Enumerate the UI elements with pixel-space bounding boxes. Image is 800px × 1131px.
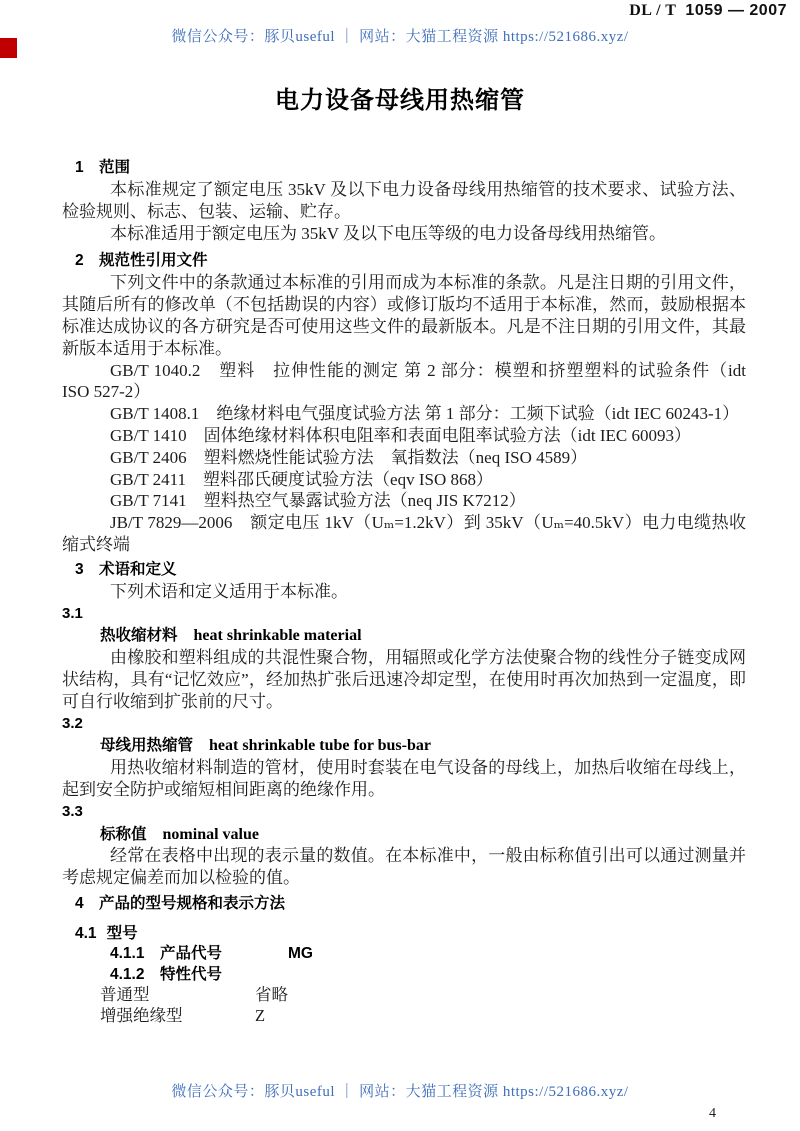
model-row-label: 增强绝缘型	[100, 1006, 255, 1027]
term-clause-number: 3.1	[62, 603, 746, 625]
reference-item: GB/T 1410 固体绝缘材料体积电阻率和表面电阻率试验方法（idt IEC …	[62, 425, 746, 447]
subsection-title: 型号	[107, 925, 138, 942]
term-english: heat shrinkable tube for bus-bar	[209, 737, 431, 754]
section-number: 4	[75, 893, 89, 915]
section-number: 1	[75, 157, 89, 179]
term-english: nominal value	[163, 826, 259, 843]
standard-code-number: 1059 — 2007	[685, 2, 787, 19]
term-definition: 由橡胶和塑料组成的共混性聚合物，用辐照或化学方法使聚合物的线性分子链变成网状结构…	[62, 647, 746, 712]
term-entry-title: 热收缩材料heat shrinkable material	[62, 624, 746, 647]
term-entry-title: 母线用热缩管heat shrinkable tube for bus-bar	[62, 734, 746, 757]
term-clause-number: 3.3	[62, 801, 746, 823]
reference-item: JB/T 7829—2006 额定电压 1kV（Uₘ=1.2kV）到 35kV（…	[62, 512, 746, 556]
reference-item: GB/T 1408.1 绝缘材料电气强度试验方法 第 1 部分：工频下试验（id…	[62, 403, 746, 425]
section-title: 规范性引用文件	[99, 252, 208, 269]
model-row-label: 普通型	[100, 985, 255, 1006]
section-title: 产品的型号规格和表示方法	[99, 895, 285, 912]
reference-item: GB/T 1040.2 塑料 拉伸性能的测定 第 2 部分：模塑和挤塑塑料的试验…	[62, 360, 746, 404]
subsection-number: 4.1	[75, 925, 97, 942]
watermark-top: 微信公众号：豚贝useful ｜ 网站：大猫工程资源 https://52168…	[0, 25, 800, 46]
document-body: 1范围 本标准规定了额定电压 35kV 及以下电力设备母线用热缩管的技术要求、试…	[62, 148, 746, 1026]
page-number: 4	[709, 1106, 716, 1122]
term-entry-title: 标称值nominal value	[62, 823, 746, 846]
reference-item: GB/T 2406 塑料燃烧性能试验方法 氧指数法（neq ISO 4589）	[62, 447, 746, 469]
model-row-reinforced-type: 增强绝缘型Z	[62, 1006, 746, 1027]
model-row-label: 4.1.1 产品代号	[110, 944, 288, 965]
term-clause-number: 3.2	[62, 713, 746, 735]
standard-code: DL / T 1059 — 2007	[629, 2, 787, 20]
term-english: heat shrinkable material	[194, 627, 362, 644]
model-row-value: MG	[288, 945, 313, 962]
term-chinese: 热收缩材料	[100, 627, 178, 644]
section-title: 范围	[99, 159, 130, 176]
section-number: 3	[75, 559, 89, 581]
term-chinese: 标称值	[100, 826, 147, 843]
document-page: DL / T 1059 — 2007 微信公众号：豚贝useful ｜ 网站：大…	[0, 0, 800, 1131]
model-row-product-code: 4.1.1 产品代号MG	[62, 944, 746, 965]
model-row-value: 省略	[255, 985, 288, 1004]
standard-code-prefix: DL / T	[629, 2, 676, 19]
section-title: 术语和定义	[99, 561, 177, 578]
red-corner-mark	[0, 38, 17, 58]
section-heading-model: 4产品的型号规格和表示方法	[62, 893, 746, 915]
scope-paragraph-2: 本标准适用于额定电压为 35kV 及以下电压等级的电力设备母线用热缩管。	[62, 223, 746, 245]
model-row-label: 4.1.2 特性代号	[110, 965, 288, 986]
section-heading-normative-refs: 2规范性引用文件	[62, 250, 746, 272]
scope-paragraph-1: 本标准规定了额定电压 35kV 及以下电力设备母线用热缩管的技术要求、试验方法、…	[62, 179, 746, 223]
term-chinese: 母线用热缩管	[100, 737, 193, 754]
term-definition: 用热收缩材料制造的管材，使用时套装在电气设备的母线上，加热后收缩在母线上，起到安…	[62, 757, 746, 801]
terms-intro: 下列术语和定义适用于本标准。	[62, 581, 746, 603]
section-heading-scope: 1范围	[62, 157, 746, 179]
reference-item: GB/T 2411 塑料邵氏硬度试验方法（eqv ISO 868）	[62, 469, 746, 491]
reference-item: GB/T 7141 塑料热空气暴露试验方法（neq JIS K7212）	[62, 490, 746, 512]
section-heading-terms: 3术语和定义	[62, 559, 746, 581]
section-number: 2	[75, 250, 89, 272]
model-row-value: Z	[255, 1006, 265, 1025]
term-definition: 经常在表格中出现的表示量的数值。在本标准中，一般由标称值引出可以通过测量并考虑规…	[62, 845, 746, 889]
normative-refs-intro: 下列文件中的条款通过本标准的引用而成为本标准的条款。凡是注日期的引用文件，其随后…	[62, 272, 746, 359]
model-row-ordinary-type: 普通型省略	[62, 985, 746, 1006]
watermark-bottom: 微信公众号：豚贝useful ｜ 网站：大猫工程资源 https://52168…	[0, 1080, 800, 1101]
document-title: 电力设备母线用热缩管	[0, 80, 800, 115]
subsection-heading-model-type: 4.1型号	[62, 923, 746, 944]
model-row-feature-code: 4.1.2 特性代号	[62, 965, 746, 986]
